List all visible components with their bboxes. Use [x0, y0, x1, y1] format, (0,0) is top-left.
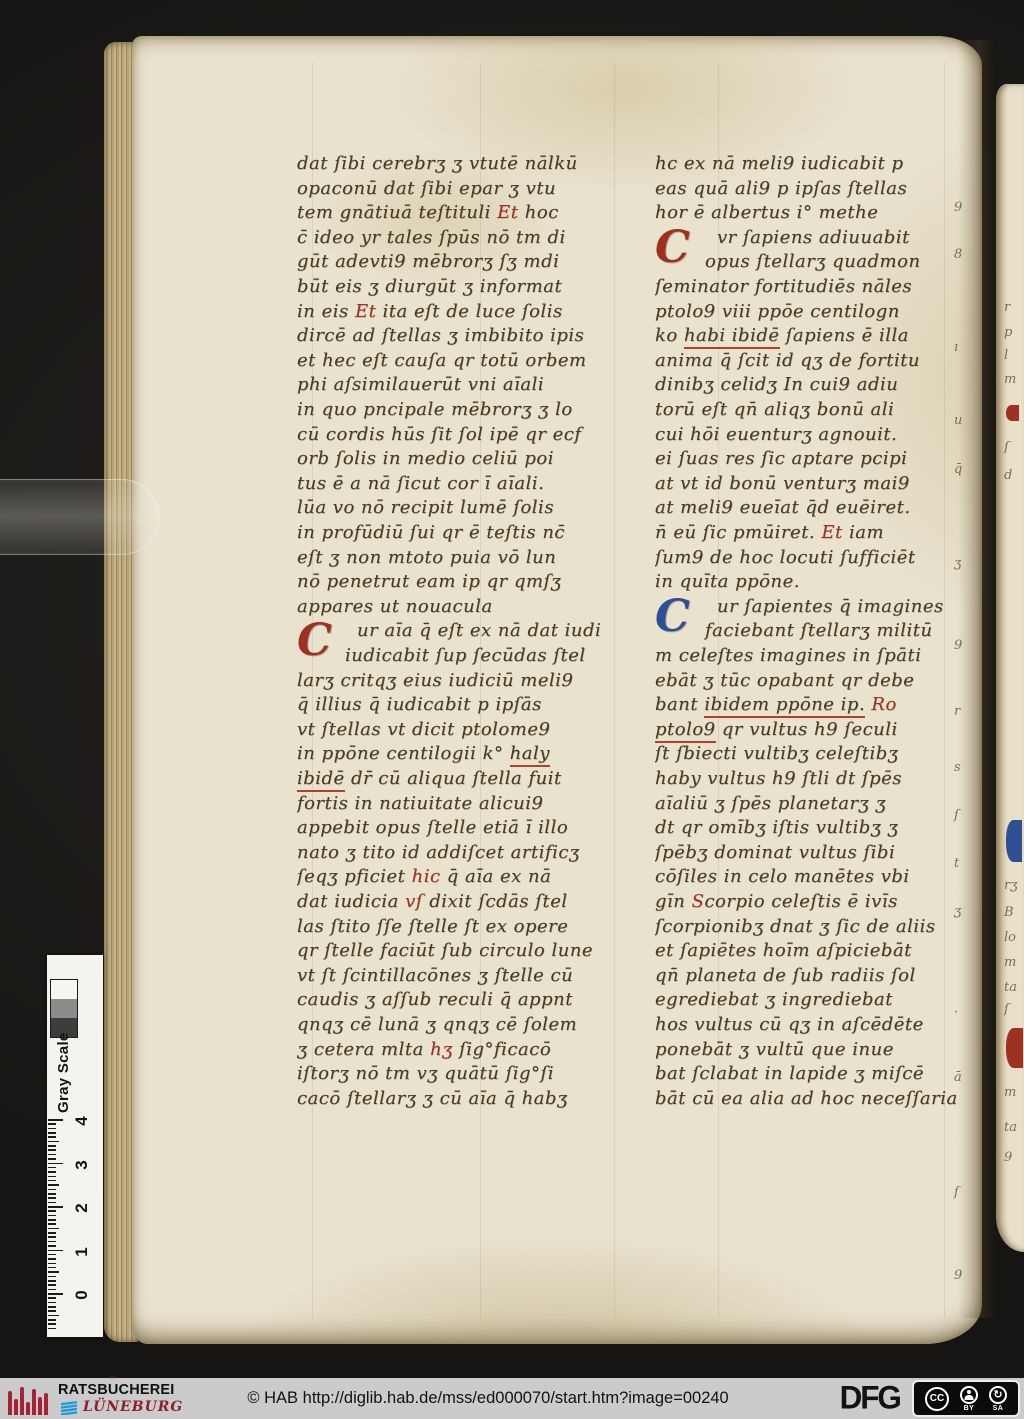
person-icon [960, 1386, 978, 1404]
manuscript-line: opaconū dat ſibi epar ʒ vtu [297, 177, 642, 202]
waves-book-icon [60, 1400, 80, 1415]
manuscript-line: q̄ illius q̄ iudicabit p ipſās [297, 693, 642, 718]
manuscript-line: aīaliū ʒ ſpēs planetarʒ ʒ [655, 792, 1000, 817]
manuscript-line: appares ut nouacula [297, 595, 642, 620]
dfg-logo: DFG [839, 1380, 899, 1417]
manuscript-line: gūt adevti9 mēbrorʒ ſʒ mdi [297, 250, 642, 275]
library-name: RATSBU¨CHEREI [58, 1382, 183, 1398]
manuscript-line: ur ſapientes q̄ imaginesC [655, 595, 1000, 620]
cut-off-glyph: d [1004, 468, 1012, 483]
cut-off-glyph: rʒ [1004, 878, 1018, 893]
manuscript-line: ſcorpionibʒ dnat ʒ ſic de aliis [655, 915, 1000, 940]
manuscript-line: et ſapiētes hoīm aſpiciebāt [655, 939, 1000, 964]
gray-patch-mid [51, 999, 77, 1018]
manuscript-line: opus ſtellarʒ quadmon [655, 250, 1000, 275]
manuscript-line: dat ſibi cerebrʒ ʒ vtutē nālkū [297, 152, 642, 177]
manuscript-line: et hec eſt cauſa qr totū orbem [297, 349, 642, 374]
manuscript-line: vt ſt ſcintillacōnes ʒ ſtelle cū [297, 964, 642, 989]
attribution-text: © HAB http://diglib.hab.de/mss/ed000070/… [247, 1389, 728, 1408]
manuscript-line: caudis ʒ aſſub reculi q̄ appnt [297, 988, 642, 1013]
manuscript-line: hor ē albertus i° methe [655, 201, 1000, 226]
ruler-number: 0 [72, 1286, 92, 1304]
manuscript-line: tus ē a nā ſicut cor ī aīali. [297, 472, 642, 497]
ruler-number: 1 [72, 1243, 92, 1261]
cut-off-initial-blob [1006, 1028, 1023, 1068]
manuscript-line: n̄ eū ſic pmūiret. Et iam [655, 521, 1000, 546]
manuscript-line: cacō ſtellarʒ ʒ cū aīa q̄ habʒ [297, 1087, 642, 1112]
cut-off-glyph: ta [1004, 1120, 1017, 1135]
book-gutter-shadow [958, 40, 996, 1318]
cut-off-glyph: m [1004, 955, 1016, 970]
manuscript-line: hc ex nā meli9 iudicabit p [655, 152, 1000, 177]
manuscript-line: iudicabit ſup ſecūdas ſtel [297, 644, 642, 669]
manuscript-line: nō penetrut eam ip qr qmſʒ [297, 570, 642, 595]
manuscript-line: ptolo9 qr vultus h9 ſeculi [655, 718, 1000, 743]
cc-sa-block: ↻ SA [989, 1386, 1007, 1412]
manuscript-line: faciebant ſtellarʒ militū [655, 619, 1000, 644]
cut-off-glyph: ſ [1004, 1002, 1009, 1017]
manuscript-line: ur aīa q̄ eſt ex nā dat iudiC [297, 619, 642, 644]
manuscript-line: nato ʒ tito id addiſcet artificʒ [297, 841, 642, 866]
cut-off-glyph: p [1004, 325, 1012, 340]
manuscript-line: eas quā ali9 p ipſas ſtellas [655, 177, 1000, 202]
ruler-number: 4 [72, 1112, 92, 1130]
manuscript-line: tem gnātiuā teſtituli Et hoc [297, 201, 642, 226]
manuscript-line: haby vultus h9 ſtli dt ſpēs [655, 767, 1000, 792]
library-name-pre: RATSB [58, 1382, 108, 1398]
cc-by-block: BY [960, 1386, 978, 1412]
manuscript-line: ſt ſbiecti vultibʒ celeſtibʒ [655, 742, 1000, 767]
manuscript-line: bant ibidem ppōne ip. Ro [655, 693, 1000, 718]
manuscript-line: in quo pncipale mēbrorʒ ʒ lo [297, 398, 642, 423]
manuscript-line: orb ſolis in medio celiū poi [297, 447, 642, 472]
cut-off-glyph: B [1004, 905, 1014, 920]
manuscript-line: ſum9 de hoc locuti ſufficiēt [655, 546, 1000, 571]
manuscript-line: qnqʒ cē lunā ʒ qnqʒ cē ſolem [297, 1013, 642, 1038]
ratsbuecherei-bars-icon [8, 1383, 48, 1415]
cut-off-initial-blob [1006, 820, 1022, 862]
manuscript-line: fortis in natiuitate alicui9 [297, 792, 642, 817]
manuscript-line: egrediebat ʒ ingrediebat [655, 988, 1000, 1013]
manuscript-line: c̄ ideo yr tales ſpūs nō tm di [297, 226, 642, 251]
manuscript-line: eſt ʒ non mtoto puia vō lun [297, 546, 642, 571]
manuscript-line: ei ſuas res ſic aptare pcipi [655, 447, 1000, 472]
cut-off-glyph: m [1004, 1085, 1016, 1100]
manuscript-line: ſeqʒ pficiet hic q̄ aīa ex nā [297, 865, 642, 890]
manuscript-line: larʒ critqʒ eius iudiciū meli9 [297, 669, 642, 694]
cut-off-glyph: ſ [1004, 440, 1009, 455]
manuscript-line: phi aſsimilauerūt vni aīali [297, 373, 642, 398]
share-alike-icon: ↻ [989, 1386, 1007, 1404]
sa-label: SA [993, 1405, 1004, 1412]
manuscript-line: m celeſtes imagines in ſpāti [655, 644, 1000, 669]
facing-page-glyphs: rplmſdrʒBlomtaſmta9 [1002, 84, 1024, 1252]
cut-off-glyph: m [1004, 372, 1016, 387]
manuscript-line: vt ſtellas vt dicit ptolome9 [297, 718, 642, 743]
manuscript-line: in eis Et ita eſt de luce ſolis [297, 300, 642, 325]
gray-patch-white [51, 980, 77, 999]
manuscript-line: in quīta ppōne. [655, 570, 1000, 595]
manuscript-line: ſpēbʒ dominat vultus ſibi [655, 841, 1000, 866]
manuscript-line: ptolo9 viii ppōe centilogn [655, 300, 1000, 325]
manuscript-line: gīn Scorpio celeſtis ē ivīs [655, 890, 1000, 915]
cut-off-glyph: r [1004, 300, 1010, 315]
manuscript-line: cōſiles in celo manētes vbi [655, 865, 1000, 890]
cut-off-glyph: 9 [1004, 1150, 1012, 1165]
manuscript-line: torū eſt qn̄ aliqʒ bonū ali [655, 398, 1000, 423]
ruler-label: Gray Scale [55, 1032, 72, 1113]
library-name-umlaut: U¨ [108, 1382, 119, 1398]
manuscript-line: dat iudicia vſ dixit ſcdās ſtel [297, 890, 642, 915]
cut-off-glyph: l [1004, 348, 1008, 363]
footer-bar: RATSBU¨CHEREI LÜNEBURG © HAB http://digl… [0, 1378, 1024, 1419]
manuscript-line: ſeminator fortitudiēs nāles [655, 275, 1000, 300]
library-city: LÜNEBURG [83, 1399, 183, 1415]
manuscript-line: anima q̄ ſcit id qʒ de fortitu [655, 349, 1000, 374]
manuscript-line: qr ſtelle faciūt ſub circulo lune [297, 939, 642, 964]
manuscript-line: būt eis ʒ diurgūt ʒ informat [297, 275, 642, 300]
cut-off-initial-blob [1006, 405, 1019, 421]
manuscript-line: bat ſclabat in lapide ʒ miſcē [655, 1062, 1000, 1087]
library-name-post: CHEREI [119, 1382, 175, 1398]
manuscript-line: ponebāt ʒ vultū que inue [655, 1038, 1000, 1063]
manuscript-line: cū cordis hūs ſit ſol ipē qr ecf [297, 423, 642, 448]
manuscript-line: hos vultus cū qʒ in aſcēdēte [655, 1013, 1000, 1038]
manuscript-line: ibidē dr̄ cū aliqua ſtella fuit [297, 767, 642, 792]
ruler-number: 3 [72, 1156, 92, 1174]
manuscript-line: cui hōi euenturʒ agnouit. [655, 423, 1000, 448]
gray-scale-ruler: Gray Scale 43210 [47, 955, 103, 1337]
manuscript-line: ko habi ibidē ſapiens ē illa [655, 324, 1000, 349]
red-umlaut-dots: ¨ [108, 1375, 119, 1391]
manuscript-line: lūa vo nō recipit lumē ſolis [297, 496, 642, 521]
manuscript-line: dinibʒ celidʒ In cui9 adiu [655, 373, 1000, 398]
manuscript-line: las ſtito ſſe ſtelle ſt ex opere [297, 915, 642, 940]
manuscript-line: dt qr omībʒ iſtis vultibʒ ʒ [655, 816, 1000, 841]
scan-stage: dat ſibi cerebrʒ ʒ vtutē nālkūopaconū da… [0, 0, 1024, 1419]
library-identity: RATSBU¨CHEREI LÜNEBURG [58, 1382, 183, 1415]
ruler-number: 2 [72, 1199, 92, 1217]
manuscript-line: bāt cū ea alia ad hoc neceſſaria [655, 1087, 1000, 1112]
manuscript-line: qn̄ planeta de ſub radiis ſol [655, 964, 1000, 989]
by-label: BY [964, 1405, 975, 1412]
cut-off-glyph: lo [1004, 930, 1016, 945]
manuscript-line: ebāt ʒ tūc opabant qr debe [655, 669, 1000, 694]
page-holder-clamp [0, 479, 160, 555]
gray-patches [50, 979, 78, 1038]
cut-off-glyph: ta [1004, 980, 1017, 995]
manuscript-left-column: dat ſibi cerebrʒ ʒ vtutē nālkūopaconū da… [297, 152, 642, 1116]
manuscript-line: appebit opus ſtelle etiā ī illo [297, 816, 642, 841]
manuscript-line: iſtorʒ nō tm vʒ quātū ſig°ſi [297, 1062, 642, 1087]
facing-page-edge: rplmſdrʒBlomtaſmta9 [996, 84, 1024, 1252]
manuscript-line: in ppōne centilogii k° haly [297, 742, 642, 767]
creative-commons-icon: CC [925, 1387, 949, 1411]
manuscript-line: dircē ad ſtellas ʒ imbibito ipis [297, 324, 642, 349]
manuscript-right-column: hc ex nā meli9 iudicabit peas quā ali9 p… [655, 152, 1000, 1116]
cc-license-badge: CC BY ↻ SA [912, 1380, 1020, 1417]
manuscript-line: in profūdiū ſui qr ē teſtis nc̄ [297, 521, 642, 546]
manuscript-line: at vt id bonū venturʒ mai9 [655, 472, 1000, 497]
manuscript-line: vr ſapiens adiuuabitC [655, 226, 1000, 251]
manuscript-line: at meli9 eueīat q̄d euēiret. [655, 496, 1000, 521]
manuscript-line: ʒ cetera mlta hʒ ſig°ficacō [297, 1038, 642, 1063]
